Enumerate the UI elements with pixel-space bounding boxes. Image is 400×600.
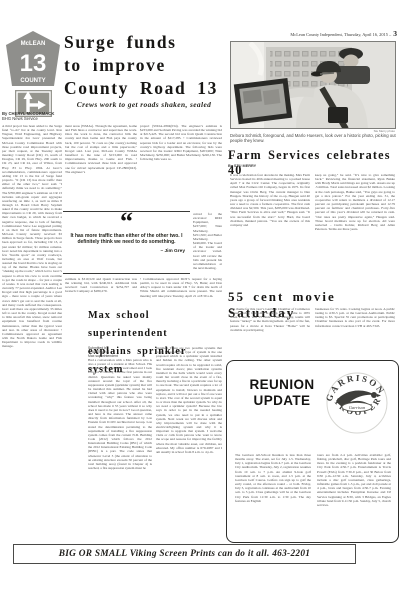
masthead: McLean County Independent, Thursday, Apr…: [228, 29, 397, 38]
newspaper-page: McLean County Independent, Thursday, Apr…: [0, 0, 400, 600]
troopers-logo-icon: GARRISON TROOPERS Garrison: [322, 365, 392, 441]
sign-region-label: McLEAN: [21, 41, 46, 47]
sprinkler-article-column-1: Had a conversation with a Max patron who…: [88, 358, 152, 540]
pull-quote-attribution: – Jim Grey: [63, 249, 190, 254]
road-article-column-2-top: ment areas (WMAs). Through the agreement…: [65, 124, 137, 208]
county-road-13-sign: McLEAN 13 COUNTY: [4, 30, 62, 118]
farm-article-byline: By STU MERRY: [228, 164, 318, 168]
reunion-title: REUNION UPDATE: [233, 377, 331, 409]
road-article-column-1: A third project has been added to the Su…: [2, 124, 62, 540]
reunion-update-box: REUNION UPDATE GARRISON TROOPERS: [226, 360, 399, 543]
road-article-subhead: Crews work to get roads shaken, sealed: [64, 100, 224, 109]
pull-quote-text: It has more traffic than either of the o…: [63, 233, 190, 246]
headline-line-3: County Road 13: [64, 77, 224, 100]
reunion-title-line-2: UPDATE: [233, 393, 331, 409]
byline-org: BHG News Service: [2, 116, 62, 121]
road-article-column-2-bottom: estimate is $310,520 and Quam Constructi…: [65, 277, 137, 305]
sign-route-number: 13: [20, 50, 47, 77]
road-article-column-3-top: project (SNOA-2804(034). The engineer’s …: [140, 124, 222, 208]
road-article-byline: By CHERYL McCORMACK BHG News Service: [2, 111, 62, 121]
reunion-column-2: tours are from 2-4 p.m. Activities avail…: [317, 453, 391, 535]
sign-county-label: COUNTY: [20, 78, 45, 84]
photo-caption: Debora Schmidt, foreground, and Marlo Hu…: [230, 133, 397, 144]
county-road-sign-icon: McLEAN 13 COUNTY: [4, 30, 62, 118]
farm-article-column-2: keep us going,” he said. “It’s nice to g…: [315, 173, 395, 287]
movie-article-column-2: businesses for 55 cents. Cooking begins …: [315, 307, 395, 355]
news-photo-image: [230, 41, 396, 129]
road-article-column-3-side: ceived for the excavator: RDO Equipment,…: [193, 212, 222, 270]
farm-article-column-1: It was a celebration four decades in the…: [230, 173, 310, 287]
reunion-title-line-1: REUNION: [233, 377, 331, 393]
movie-article-column-1: The theme for this year’s Garrison Chamb…: [230, 307, 310, 355]
sprinkler-submitted-block: Submitted by CRAI EMANS Max superintende…: [88, 346, 150, 359]
headline-line-1: Surge funds: [64, 31, 224, 54]
reunion-column-1: The Garrison All-School Reunion is less …: [235, 453, 311, 535]
quotation-mark-icon: “: [63, 213, 190, 231]
masthead-text: McLean County Independent, Thursday, Apr…: [290, 32, 391, 37]
viking-screen-prints-ad: BIG OR SMALL Viking Screen Prints can do…: [13, 544, 356, 564]
pull-quote: “ It has more traffic than either of the…: [63, 211, 190, 274]
garrison-troopers-logo: GARRISON TROOPERS Garrison: [322, 365, 392, 441]
news-photo: [230, 41, 396, 129]
page-number: 3: [393, 29, 397, 38]
sprinkler-headline-line-1: Max school superintendent: [88, 307, 224, 343]
ad-text: BIG OR SMALL Viking Screen Prints can do…: [59, 549, 311, 559]
sprinkler-article-column-2: installed. There are two possible system…: [156, 346, 222, 540]
logo-ribbon-text: Garrison: [349, 405, 366, 410]
road-article-column-3-bottom: • Commissioners approved DOT’s request f…: [140, 277, 222, 305]
headline-line-2: to improve: [64, 54, 224, 77]
road-article-headline: Surge funds to improve County Road 13: [64, 31, 224, 100]
